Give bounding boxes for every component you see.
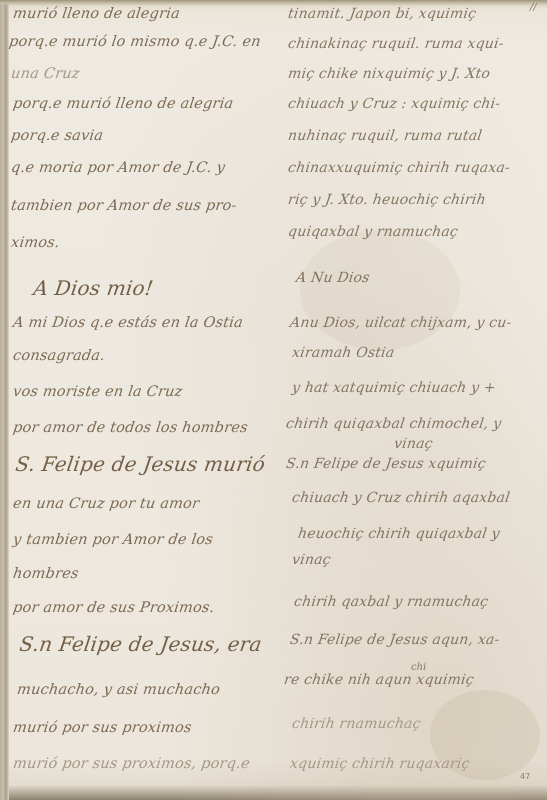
text-line: xquimiç chirih ruqaxariç — [289, 756, 471, 772]
text-line: chiuach y Cruz : xquimiç chi- — [287, 96, 501, 112]
corner-mark: // — [530, 2, 537, 13]
text-line: chinaxxuquimiç chirih ruqaxa- — [287, 160, 511, 176]
text-line: vinaç — [393, 436, 434, 452]
section-heading: S. Felipe de Jesus murió — [14, 452, 267, 476]
text-line: vos moriste en la Cruz — [12, 384, 184, 400]
text-line: riç y J. Xto. heuochiç chirih — [287, 192, 487, 208]
section-heading: A Dios mio! — [32, 276, 155, 300]
mayan-column: // tinamit. Japon bi, xquimiç chinakinaç… — [283, 0, 545, 800]
text-line: porq.e savia — [10, 128, 104, 144]
text-line: re chike nih aqun xquimiç — [283, 672, 475, 688]
text-line: q.e moria por Amor de J.C. y — [10, 160, 226, 176]
text-line: A mi Dios q.e estás en la Ostia — [12, 315, 244, 331]
text-line: porq.e murió lo mismo q.e J.C. en — [8, 34, 262, 50]
text-line: una Cruz — [10, 66, 81, 82]
manuscript-page: murió lleno de alegria porq.e murió lo m… — [0, 0, 547, 800]
text-line: en una Cruz por tu amor — [12, 496, 200, 512]
text-line: chirih quiqaxbal chimochel, y — [285, 416, 502, 432]
text-line: S.n Felipe de Jesus xquimiç — [285, 456, 487, 472]
text-line: S.n Felipe de Jesus aqun, xa- — [289, 632, 501, 648]
text-line: murió por sus proximos — [12, 720, 193, 736]
text-line: chiuach y Cruz chirih aqaxbal — [291, 490, 511, 506]
text-line: chinakinaç ruquil. ruma xqui- — [287, 36, 505, 52]
text-line: tinamit. Japon bi, xquimiç — [287, 6, 477, 22]
text-line: miç chike nixquimiç y J. Xto — [287, 66, 491, 82]
text-line: por amor de sus Proximos. — [12, 600, 216, 616]
text-line: y tambien por Amor de los — [12, 532, 214, 548]
binding-edge — [0, 0, 9, 800]
text-line: murió lleno de alegria — [12, 6, 181, 22]
text-line: chirih qaxbal y rnamuchaç — [293, 594, 489, 610]
section-heading: S.n Felipe de Jesus, era — [18, 632, 263, 656]
text-line: vinaç — [291, 552, 332, 568]
text-line: consagrada. — [12, 348, 106, 364]
text-line: quiqaxbal y rnamuchaç — [287, 224, 459, 240]
text-line: murió por sus proximos, porq.e — [12, 756, 251, 772]
text-line: por amor de todos los hombres — [12, 420, 249, 436]
text-line: xiramah Ostia — [291, 345, 395, 361]
text-line: tambien por Amor de sus pro- — [10, 198, 238, 214]
spanish-column: murió lleno de alegria porq.e murió lo m… — [10, 0, 285, 800]
text-line: nuhinaç ruquil, ruma rutal — [287, 128, 483, 144]
text-line: heuochiç chirih quiqaxbal y — [297, 526, 501, 542]
section-heading: A Nu Dios — [295, 270, 371, 286]
text-line: muchacho, y asi muchacho — [16, 682, 221, 698]
text-line: y hat xatquimiç chiuach y + — [291, 380, 497, 396]
text-line: hombres — [12, 566, 80, 582]
text-line: Anu Dios, uilcat chijxam, y cu- — [289, 315, 513, 331]
text-line: ximos. — [10, 235, 61, 251]
folio-number: 47 — [520, 772, 530, 781]
text-line: chirih rnamuchaç — [291, 716, 422, 732]
text-line: porq.e murió lleno de alegria — [12, 96, 234, 112]
